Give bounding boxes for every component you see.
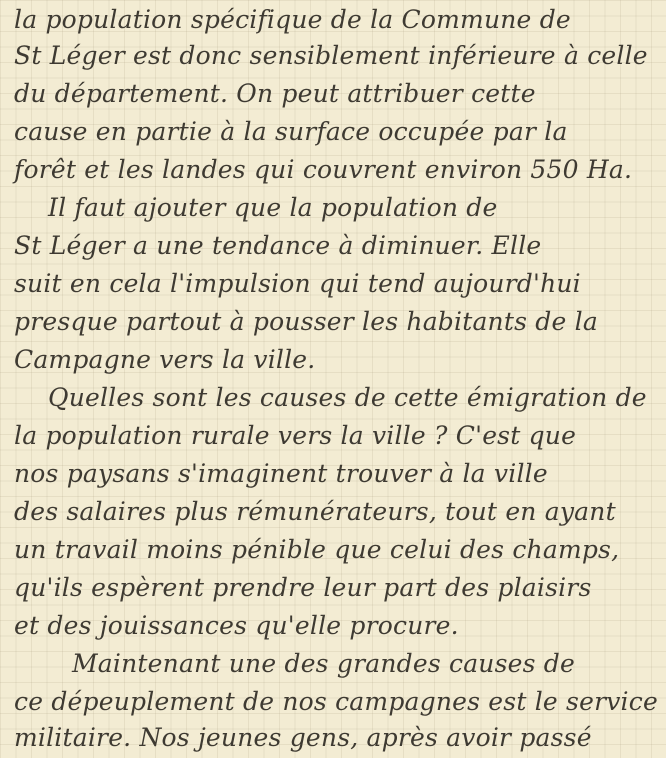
text-line-3: du département. On peut attribuer cette <box>14 74 656 114</box>
paragraph-start-line-18: Maintenant une des grandes causes de <box>72 644 656 684</box>
text-line-17: et des jouissances qu'elle procure. <box>14 606 656 646</box>
text-line-7: St Léger a une tendance à diminuer. Elle <box>14 226 656 266</box>
text-line-1: la population spécifique de la Commune d… <box>14 0 656 40</box>
text-line-12: la population rurale vers la ville ? C'e… <box>14 416 656 456</box>
text-line-13: nos paysans s'imaginent trouver à la vil… <box>14 454 656 494</box>
text-line-5: forêt et les landes qui couvrent environ… <box>14 150 656 190</box>
text-line-20: militaire. Nos jeunes gens, après avoir … <box>14 718 656 758</box>
text-line-4: cause en partie à la surface occupée par… <box>14 112 656 152</box>
text-line-10: Campagne vers la ville. <box>14 340 656 380</box>
text-line-2: St Léger est donc sensiblement inférieur… <box>14 36 656 76</box>
handwritten-page: la population spécifique de la Commune d… <box>0 0 666 758</box>
text-line-9: presque partout à pousser les habitants … <box>14 302 656 342</box>
text-line-19: ce dépeuplement de nos campagnes est le … <box>14 682 656 722</box>
paragraph-start-line-6: Il faut ajouter que la population de <box>48 188 656 228</box>
paragraph-start-line-11: Quelles sont les causes de cette émigrat… <box>48 378 656 418</box>
text-line-8: suit en cela l'impulsion qui tend aujour… <box>14 264 656 304</box>
text-line-16: qu'ils espèrent prendre leur part des pl… <box>14 568 656 608</box>
text-line-14: des salaires plus rémunérateurs, tout en… <box>14 492 656 532</box>
text-line-15: un travail moins pénible que celui des c… <box>14 530 656 570</box>
